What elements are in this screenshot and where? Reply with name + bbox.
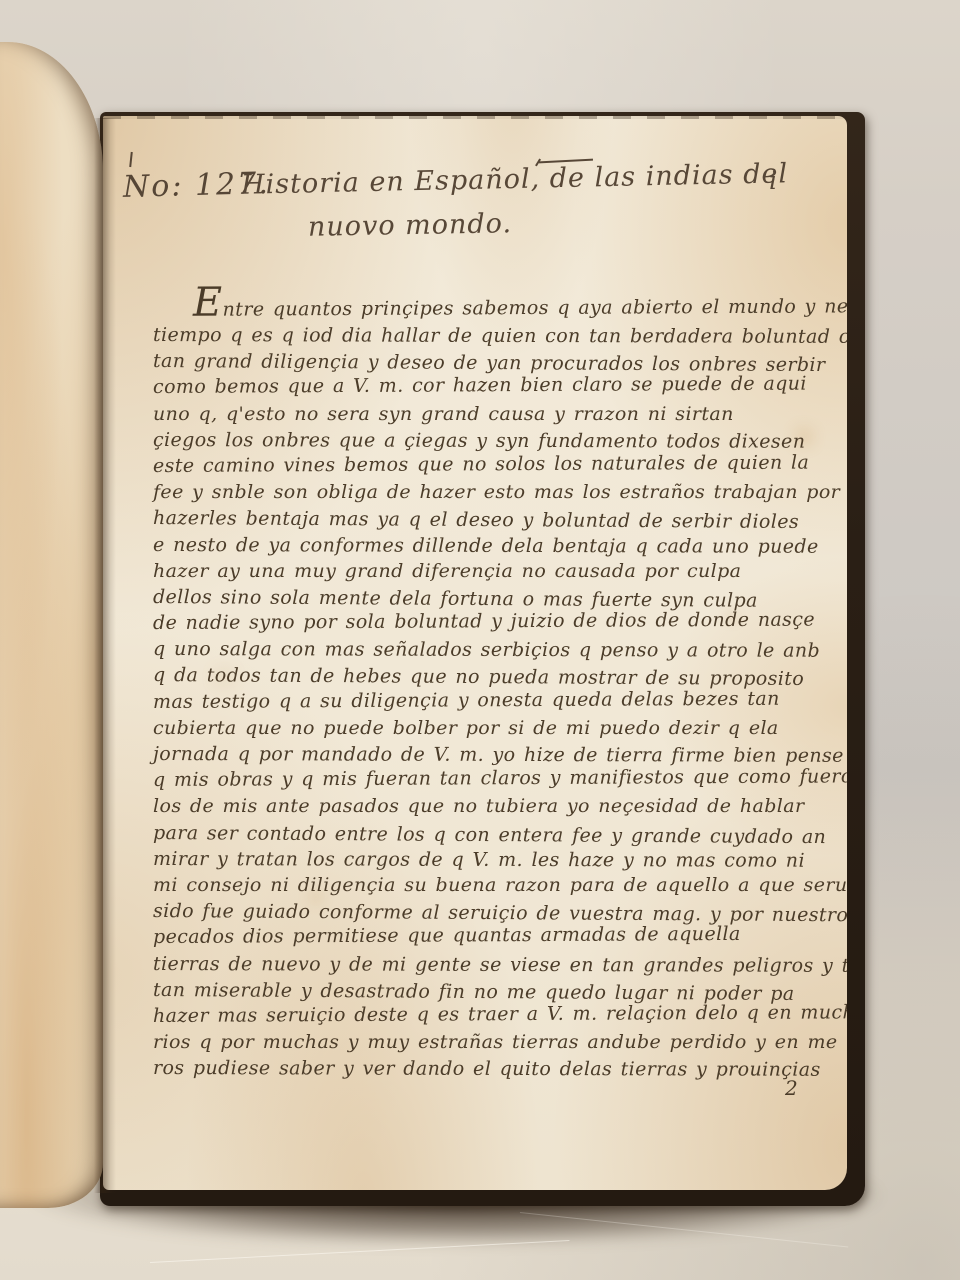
handwritten-line: rios q por muchas y muy estrañas tierras… — [153, 1029, 843, 1055]
handwritten-line: fee y snble son obliga de hazer esto mas… — [153, 479, 843, 505]
manuscript-title-line1: Historia en Español, de las indias del — [241, 158, 789, 200]
manuscript-title-line2: nuovo mondo. — [308, 208, 513, 243]
handwritten-line: tiempo q es q iod dia hallar de quien co… — [153, 322, 843, 350]
handwritten-line: q mis obras y q mis fueran tan claros y … — [153, 764, 843, 794]
handwritten-line: este camino vines bemos que no solos los… — [153, 449, 843, 479]
quire-mark: 2 — [785, 1076, 798, 1100]
handwritten-line: Entre quantos prinçipes sabemos q aya ab… — [153, 284, 843, 322]
handwritten-line: hazerles bentaja mas ya q el deseo y bol… — [153, 505, 843, 535]
handwritten-line: hazer mas seruiçio deste q es traer a V.… — [153, 999, 843, 1029]
handwritten-line: hazer ay una muy grand diferençia no cau… — [153, 558, 843, 584]
handwritten-line: ros pudiese saber y ver dando el quito d… — [153, 1055, 843, 1083]
handwritten-line: tierras de nuevo y de mi gente se viese … — [153, 951, 843, 979]
handwritten-line: pecados dios permitiese que quantas arma… — [153, 921, 843, 951]
scribal-tick-mark — [129, 152, 133, 167]
handwritten-line: como bemos que a V. m. cor hazen bien cl… — [153, 371, 843, 401]
manuscript-page: No: 127. Historia en Español, de las ind… — [103, 116, 847, 1190]
handwritten-line: mas testigo q a su diligençia y onesta q… — [153, 685, 843, 715]
handwritten-line: q uno salga con mas señalados serbiçios … — [153, 636, 843, 664]
page-number: i — [769, 166, 777, 195]
page-content: No: 127. Historia en Español, de las ind… — [103, 116, 847, 1190]
photo-of-manuscript-book: { "photo": { "description": "Photograph … — [0, 0, 960, 1280]
handwritten-line: mirar y tratan los cargos de q V. m. les… — [153, 846, 843, 874]
handwritten-line: mi consejo ni diligençia su buena razon … — [153, 872, 843, 898]
manuscript-body: Entre quantos prinçipes sabemos q aya ab… — [153, 288, 843, 1081]
handwritten-line: e nesto de ya conformes dillende dela be… — [153, 532, 843, 560]
book-gutter-shadow — [94, 118, 116, 1193]
handwritten-line: cubierta que no puede bolber por si de m… — [153, 715, 843, 741]
handwritten-line: uno q, q'esto no sera syn grand causa y … — [153, 401, 843, 427]
handwritten-line: los de mis ante pasados que no tubiera y… — [153, 793, 843, 819]
handwritten-line: de nadie syno por sola boluntad y juizio… — [153, 606, 843, 636]
facing-blank-page — [0, 42, 103, 1208]
